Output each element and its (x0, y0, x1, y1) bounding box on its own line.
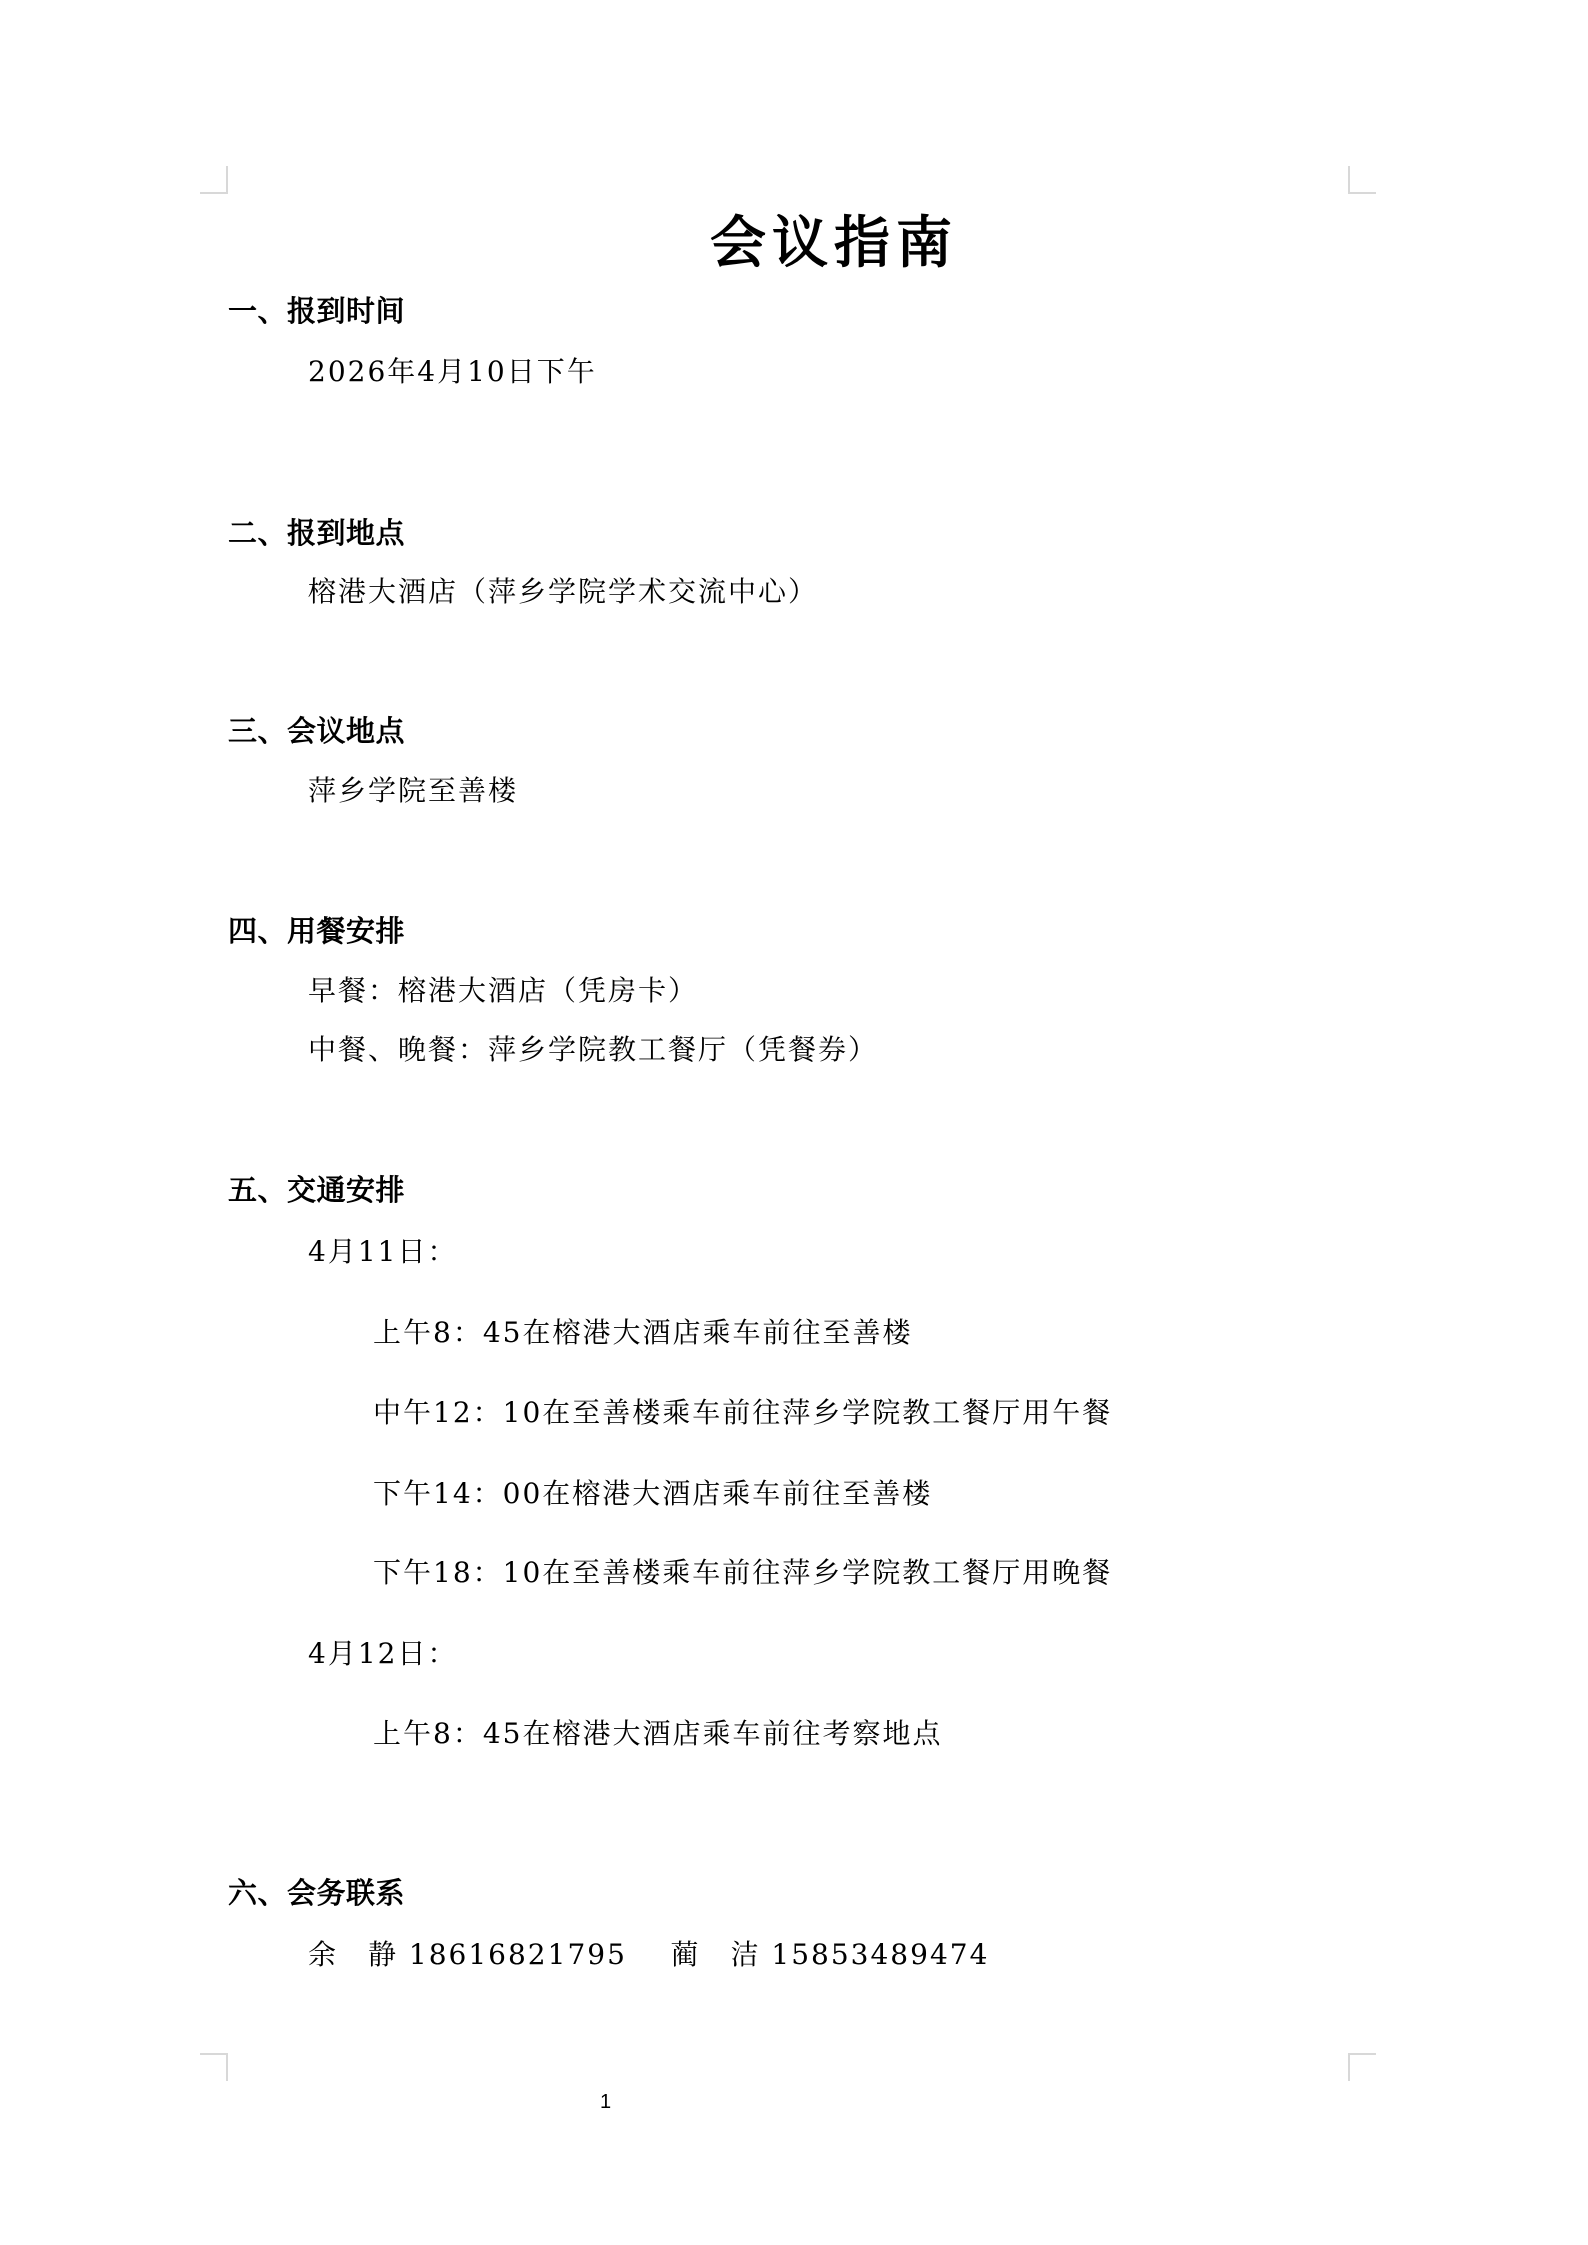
crop-mark-top-left (200, 166, 228, 194)
contact-name: 蔺 洁 (671, 1938, 761, 1971)
contact-line: 余 静 18616821795 蔺 洁 15853489474 (308, 1935, 989, 1975)
transport-item: 中午12：10在至善楼乘车前往萍乡学院教工餐厅用午餐 (373, 1393, 1112, 1433)
page-title: 会议指南 (0, 208, 1588, 278)
meeting-place-text: 萍乡学院至善楼 (308, 771, 518, 811)
contact-phone: 15853489474 (771, 1938, 989, 1971)
registration-time-text: 2026年4月10日下午 (308, 352, 597, 392)
page-number: 1 (600, 2090, 611, 2114)
crop-mark-top-right (1348, 166, 1376, 194)
meal-lunch-dinner-text: 中餐、晚餐：萍乡学院教工餐厅（凭餐券） (308, 1030, 878, 1070)
section-heading-registration-place: 二、报到地点 (228, 513, 405, 553)
transport-item: 上午8：45在榕港大酒店乘车前往考察地点 (373, 1714, 942, 1754)
transport-date-apr12: 4月12日： (308, 1634, 457, 1674)
contact-name: 余 静 (308, 1938, 398, 1971)
contact-phone: 18616821795 (409, 1938, 627, 1971)
transport-item: 下午14：00在榕港大酒店乘车前往至善楼 (373, 1474, 932, 1514)
section-heading-meeting-place: 三、会议地点 (228, 711, 405, 751)
document-page: 会议指南 一、报到时间 2026年4月10日下午 二、报到地点 榕港大酒店（萍乡… (0, 0, 1588, 2245)
registration-place-text: 榕港大酒店（萍乡学院学术交流中心） (308, 572, 818, 612)
transport-item: 上午8：45在榕港大酒店乘车前往至善楼 (373, 1313, 912, 1353)
section-heading-contact: 六、会务联系 (228, 1873, 405, 1913)
transport-date-apr11: 4月11日： (308, 1232, 457, 1272)
section-heading-meals: 四、用餐安排 (228, 911, 405, 951)
crop-mark-bottom-left (200, 2053, 228, 2081)
section-heading-registration-time: 一、报到时间 (228, 291, 405, 331)
section-heading-transport: 五、交通安排 (228, 1170, 405, 1210)
meal-breakfast-text: 早餐：榕港大酒店（凭房卡） (308, 971, 698, 1011)
crop-mark-bottom-right (1348, 2053, 1376, 2081)
transport-item: 下午18：10在至善楼乘车前往萍乡学院教工餐厅用晚餐 (373, 1553, 1112, 1593)
